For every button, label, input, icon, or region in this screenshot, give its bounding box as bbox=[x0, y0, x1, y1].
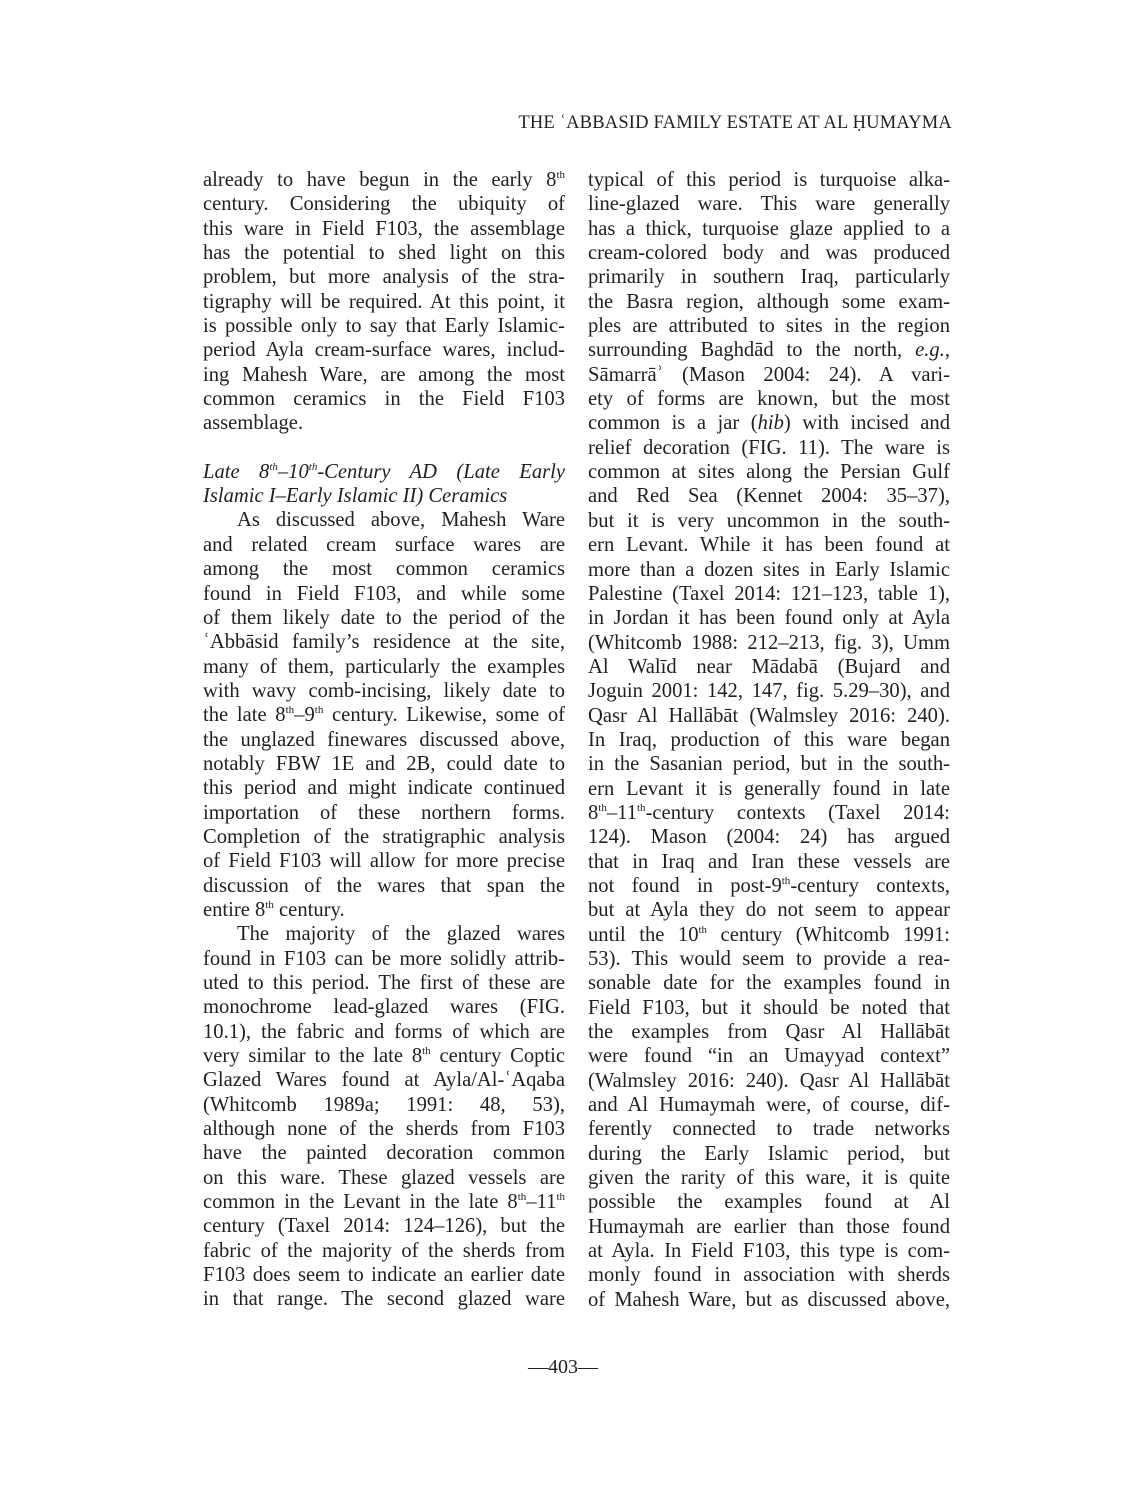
text-line: ern Levant it is generally found in late bbox=[588, 777, 950, 801]
text-line: monochrome lead-glazed wares (FIG. bbox=[203, 995, 565, 1019]
text-line: not found in post-9th-century contexts, bbox=[588, 874, 950, 898]
text-line: is possible only to say that Early Islam… bbox=[203, 314, 565, 338]
page-number: —403— bbox=[0, 1356, 1126, 1379]
text-line: relief decoration (FIG. 11). The ware is bbox=[588, 436, 950, 460]
text-line: century. Considering the ubiquity of bbox=[203, 192, 565, 216]
text-line: possible the examples found at Al bbox=[588, 1190, 950, 1214]
text-line: cream-colored body and was produced bbox=[588, 241, 950, 265]
text-line: although none of the sherds from F103 bbox=[203, 1117, 565, 1141]
paragraph-glazed-wares: The majority of the glazed wares found i… bbox=[203, 922, 565, 1312]
text-line: Al Walīd near Mādabā (Bujard and bbox=[588, 655, 950, 679]
text-line: the Basra region, although some exam- bbox=[588, 290, 950, 314]
text-line: the unglazed finewares discussed above, bbox=[203, 728, 565, 752]
text-line: Glazed Wares found at Ayla/Al-ʿAqaba bbox=[203, 1068, 565, 1092]
text-line: has the potential to shed light on this bbox=[203, 241, 565, 265]
text-line: and Red Sea (Kennet 2004: 35–37), bbox=[588, 484, 950, 508]
text-line: ety of forms are known, but the most bbox=[588, 387, 950, 411]
text-line: discussion of the wares that span the bbox=[203, 874, 565, 898]
text-line: very similar to the late 8th century Cop… bbox=[203, 1044, 565, 1068]
text-line: ʿAbbāsid family’s residence at the site, bbox=[203, 630, 565, 654]
text-line: this period and might indicate continued bbox=[203, 776, 565, 800]
text-line: that in Iraq and Iran these vessels are bbox=[588, 850, 950, 874]
text-line: in Jordan it has been found only at Ayla bbox=[588, 606, 950, 630]
right-column: typical of this period is turquoise alka… bbox=[588, 168, 950, 1312]
text-line: (Whitcomb 1988: 212–213, fig. 3), Umm bbox=[588, 631, 950, 655]
text-line: century (Taxel 2014: 124–126), but the bbox=[203, 1214, 565, 1238]
heading-line: Islamic I–Early Islamic II) Ceramics bbox=[203, 484, 565, 508]
text-line: Palestine (Taxel 2014: 121–123, table 1)… bbox=[588, 582, 950, 606]
text-line: 10.1), the fabric and forms of which are bbox=[203, 1020, 565, 1044]
text-line: 53). This would seem to provide a rea- bbox=[588, 947, 950, 971]
text-line: In Iraq, production of this ware began bbox=[588, 728, 950, 752]
text-line: on this ware. These glazed vessels are bbox=[203, 1166, 565, 1190]
text-line: entire 8th century. bbox=[203, 898, 565, 922]
text-line: Completion of the stratigraphic analysis bbox=[203, 825, 565, 849]
text-line: Qasr Al Hallābāt (Walmsley 2016: 240). bbox=[588, 704, 950, 728]
text-line: notably FBW 1E and 2B, could date to bbox=[203, 752, 565, 776]
text-line: Sāmarrāʾ (Mason 2004: 24). A vari- bbox=[588, 363, 950, 387]
text-line: found in Field F103, and while some bbox=[203, 582, 565, 606]
text-line: period Ayla cream-surface wares, includ- bbox=[203, 338, 565, 362]
text-line: As discussed above, Mahesh Ware bbox=[203, 508, 565, 532]
heading-line: Late 8th–10th-Century AD (Late Early bbox=[203, 460, 565, 484]
text-line: already to have begun in the early 8th bbox=[203, 168, 565, 192]
text-line: the examples from Qasr Al Hallābāt bbox=[588, 1020, 950, 1044]
text-line: sonable date for the examples found in bbox=[588, 971, 950, 995]
text-line: common at sites along the Persian Gulf bbox=[588, 460, 950, 484]
text-line: common ceramics in the Field F103 bbox=[203, 387, 565, 411]
text-line: common is a jar (hib) with incised and bbox=[588, 411, 950, 435]
text-line: ing Mahesh Ware, are among the most bbox=[203, 363, 565, 387]
text-line: have the painted decoration common bbox=[203, 1141, 565, 1165]
text-line: many of them, particularly the examples bbox=[203, 655, 565, 679]
text-line: uted to this period. The first of these … bbox=[203, 971, 565, 995]
text-line: has a thick, turquoise glaze applied to … bbox=[588, 217, 950, 241]
text-line: of Field F103 will allow for more precis… bbox=[203, 849, 565, 873]
text-line: at Ayla. In Field F103, this type is com… bbox=[588, 1239, 950, 1263]
text-line: more than a dozen sites in Early Islamic bbox=[588, 558, 950, 582]
text-line: given the rarity of this ware, it is qui… bbox=[588, 1166, 950, 1190]
text-line: primarily in southern Iraq, particularly bbox=[588, 265, 950, 289]
text-line: of Mahesh Ware, but as discussed above, bbox=[588, 1288, 950, 1312]
text-line: and Al Humaymah were, of course, dif- bbox=[588, 1093, 950, 1117]
text-line: The majority of the glazed wares bbox=[203, 922, 565, 946]
text-line: common in the Levant in the late 8th–11t… bbox=[203, 1190, 565, 1214]
text-line: surrounding Baghdād to the north, e.g., bbox=[588, 338, 950, 362]
text-line: 8th–11th-century contexts (Taxel 2014: bbox=[588, 801, 950, 825]
text-line: monly found in association with sherds bbox=[588, 1263, 950, 1287]
paragraph-gap bbox=[203, 436, 565, 460]
text-line: fabric of the majority of the sherds fro… bbox=[203, 1239, 565, 1263]
text-line: line-glazed ware. This ware generally bbox=[588, 192, 950, 216]
text-line: but at Ayla they do not seem to appear bbox=[588, 898, 950, 922]
text-line: found in F103 can be more solidly attrib… bbox=[203, 947, 565, 971]
text-line: with wavy comb-incising, likely date to bbox=[203, 679, 565, 703]
text-line: Field F103, but it should be noted that bbox=[588, 996, 950, 1020]
text-line: this ware in Field F103, the assemblage bbox=[203, 217, 565, 241]
running-header: THE ʿABBASID FAMILY ESTATE AT AL ḤUMAYMA bbox=[518, 113, 952, 134]
text-line: tigraphy will be required. At this point… bbox=[203, 290, 565, 314]
text-line: during the Early Islamic period, but bbox=[588, 1142, 950, 1166]
text-line: until the 10th century (Whitcomb 1991: bbox=[588, 923, 950, 947]
text-line: were found “in an Umayyad context” bbox=[588, 1044, 950, 1068]
text-line: in the Sasanian period, but in the south… bbox=[588, 752, 950, 776]
text-line: (Walmsley 2016: 240). Qasr Al Hallābāt bbox=[588, 1069, 950, 1093]
text-line: but it is very uncommon in the south- bbox=[588, 509, 950, 533]
text-line: 124). Mason (2004: 24) has argued bbox=[588, 825, 950, 849]
text-line: importation of these northern forms. bbox=[203, 801, 565, 825]
text-line: Humaymah are earlier than those found bbox=[588, 1215, 950, 1239]
text-line: (Whitcomb 1989a; 1991: 48, 53), bbox=[203, 1093, 565, 1117]
paragraph-turquoise-ware: typical of this period is turquoise alka… bbox=[588, 168, 950, 1312]
paragraph-mahesh-ware: As discussed above, Mahesh Ware and rela… bbox=[203, 508, 565, 922]
text-line: F103 does seem to indicate an earlier da… bbox=[203, 1263, 565, 1287]
text-line: and related cream surface wares are bbox=[203, 533, 565, 557]
text-line: ples are attributed to sites in the regi… bbox=[588, 314, 950, 338]
left-column: already to have begun in the early 8th c… bbox=[203, 168, 565, 1312]
paragraph-intro: already to have begun in the early 8th c… bbox=[203, 168, 565, 436]
text-line: in that range. The second glazed ware bbox=[203, 1287, 565, 1311]
text-line: of them likely date to the period of the bbox=[203, 606, 565, 630]
text-line: problem, but more analysis of the stra- bbox=[203, 265, 565, 289]
text-line: ferently connected to trade networks bbox=[588, 1117, 950, 1141]
text-line: ern Levant. While it has been found at bbox=[588, 533, 950, 557]
text-line: Joguin 2001: 142, 147, fig. 5.29–30), an… bbox=[588, 679, 950, 703]
text-line: typical of this period is turquoise alka… bbox=[588, 168, 950, 192]
text-line: assemblage. bbox=[203, 411, 565, 435]
text-line: among the most common ceramics bbox=[203, 557, 565, 581]
text-line: the late 8th–9th century. Likewise, some… bbox=[203, 703, 565, 727]
section-heading: Late 8th–10th-Century AD (Late Early Isl… bbox=[203, 460, 565, 509]
